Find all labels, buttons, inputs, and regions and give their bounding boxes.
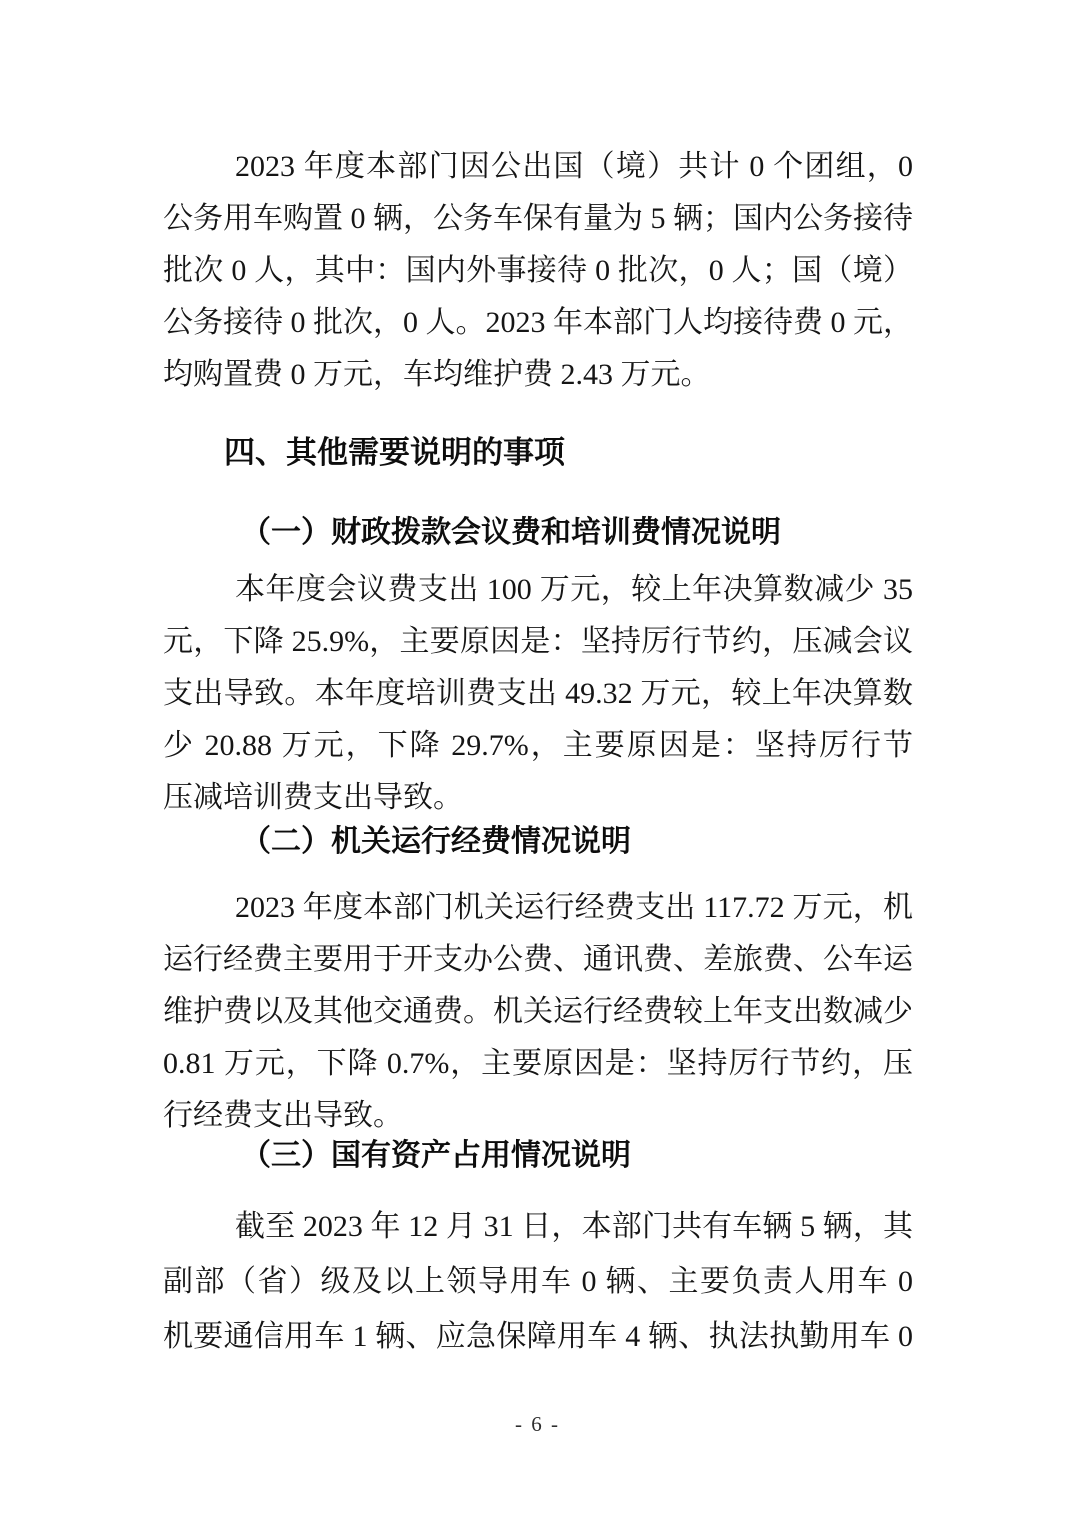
body-line: 维护费以及其他交通费。机关运行经费较上年支出数减少	[163, 986, 913, 1038]
body-line: 均购置费 0 万元，车均维护费 2.43 万元。	[163, 349, 913, 401]
body-line: 批次 0 人，其中：国内外事接待 0 批次，0 人；国（境）外	[163, 245, 913, 297]
subsection-3-heading: （三）国有资产占用情况说明	[163, 1130, 991, 1182]
body-line: 公务接待 0 批次，0 人。2023 年本部门人均接待费 0 元，车	[163, 297, 913, 349]
body-line: 运行经费主要用于开支办公费、通讯费、差旅费、公车运行	[163, 934, 913, 986]
body-line: 元，下降 25.9%，主要原因是：坚持厉行节约，压减会议费	[163, 616, 913, 668]
body-line: 机要通信用车 1 辆、应急保障用车 4 辆、执法执勤用车 0 辆，	[163, 1309, 913, 1364]
body-line: 2023 年度本部门机关运行经费支出 117.72 万元，机关	[163, 882, 913, 934]
body-line: 2023 年度本部门因公出国（境）共计 0 个团组，0 人；	[163, 141, 913, 193]
subsection-1-heading: （一）财政拨款会议费和培训费情况说明	[163, 507, 991, 559]
intro-paragraph: 2023 年度本部门因公出国（境）共计 0 个团组，0 人； 公务用车购置 0 …	[163, 141, 913, 401]
body-line: 副部（省）级及以上领导用车 0 辆、主要负责人用车 0 辆、	[163, 1254, 913, 1309]
body-line: 截至 2023 年 12 月 31 日，本部门共有车辆 5 辆，其中，	[163, 1199, 913, 1254]
body-line: 支出导致。本年度培训费支出 49.32 万元，较上年决算数减	[163, 668, 913, 720]
subsection-3-paragraph: 截至 2023 年 12 月 31 日，本部门共有车辆 5 辆，其中， 副部（省…	[163, 1199, 913, 1364]
subsection-2-paragraph: 2023 年度本部门机关运行经费支出 117.72 万元，机关 运行经费主要用于…	[163, 882, 913, 1142]
page-number: - 6 -	[0, 1412, 1075, 1437]
body-line: 0.81 万元，下降 0.7%，主要原因是：坚持厉行节约，压减运	[163, 1038, 913, 1090]
subsection-2-heading: （二）机关运行经费情况说明	[163, 816, 991, 868]
body-line: 公务用车购置 0 辆，公务车保有量为 5 辆；国内公务接待 0	[163, 193, 913, 245]
body-line: 本年度会议费支出 100 万元，较上年决算数减少 35 万	[163, 564, 913, 616]
document-page: 2023 年度本部门因公出国（境）共计 0 个团组，0 人； 公务用车购置 0 …	[0, 0, 1075, 1520]
section-heading: 四、其他需要说明的事项	[163, 427, 974, 479]
subsection-1-paragraph: 本年度会议费支出 100 万元，较上年决算数减少 35 万 元，下降 25.9%…	[163, 564, 913, 824]
body-line: 少 20.88 万元，下降 29.7%，主要原因是：坚持厉行节约，	[163, 720, 913, 772]
